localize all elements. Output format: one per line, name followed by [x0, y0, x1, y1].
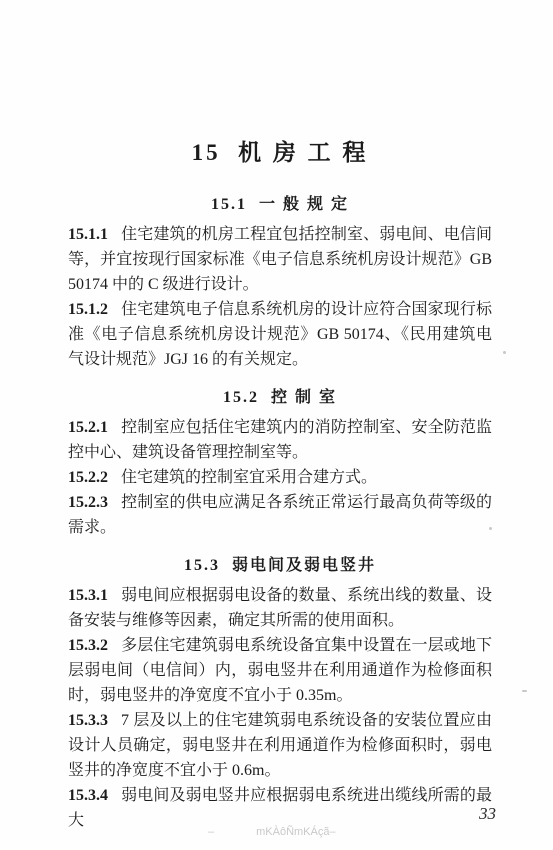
clause-15-1-2: 15.1.2住宅建筑电子信息系统机房的设计应符合国家现行标准《电子信息系统机房设…	[68, 297, 492, 372]
clause-text: 住宅建筑的控制室宜采用合建方式。	[121, 469, 377, 486]
clause-15-3-3: 15.3.37 层及以上的住宅建筑弱电系统设备的安装位置应由设计人员确定，弱电竖…	[68, 708, 492, 783]
page-content: 15 机 房 工 程 15.1 一 般 规 定 15.1.1住宅建筑的机房工程宜…	[0, 0, 553, 833]
chapter-title: 15 机 房 工 程	[68, 134, 492, 167]
clause-text: 住宅建筑的机房工程宜包括控制室、弱电间、电信间等，并宜按现行国家标准《电子信息系…	[68, 226, 492, 293]
clause-number: 15.3.1	[68, 587, 108, 604]
section-heading-15-2: 15.2 控 制 室	[68, 384, 492, 407]
scan-speck	[489, 527, 492, 530]
clause-number: 15.1.2	[68, 301, 108, 318]
clause-text: 控制室应包括住宅建筑内的消防控制室、安全防范监控中心、建筑设备管理控制室等。	[68, 419, 492, 461]
clause-15-3-2: 15.3.2多层住宅建筑弱电系统设备宜集中设置在一层或地下层弱电间（电信间）内，…	[68, 633, 492, 708]
section-heading-15-3: 15.3 弱电间及弱电竖井	[68, 552, 492, 575]
page-number: 33	[479, 804, 496, 824]
clause-number: 15.2.1	[68, 419, 108, 436]
clause-number: 15.3.4	[68, 787, 108, 804]
section-heading-15-1: 15.1 一 般 规 定	[68, 191, 492, 214]
clause-15-2-2: 15.2.2住宅建筑的控制室宜采用合建方式。	[68, 465, 492, 490]
clause-number: 15.3.3	[68, 712, 108, 729]
clause-text: 住宅建筑电子信息系统机房的设计应符合国家现行标准《电子信息系统机房设计规范》GB…	[68, 301, 492, 368]
clause-number: 15.2.3	[68, 494, 108, 511]
clause-text: 7 层及以上的住宅建筑弱电系统设备的安装位置应由设计人员确定，弱电竖井在利用通道…	[68, 712, 492, 779]
clause-text: 控制室的供电应满足各系统正常运行最高负荷等级的需求。	[68, 494, 492, 536]
watermark-text: mKÀôÑmKÁçã–	[256, 826, 335, 838]
scanned-page: 15 机 房 工 程 15.1 一 般 规 定 15.1.1住宅建筑的机房工程宜…	[0, 0, 553, 850]
clause-text: 弱电间及弱电竖井应根据弱电系统进出缆线所需的最大	[68, 787, 492, 829]
clause-15-3-1: 15.3.1弱电间应根据弱电设备的数量、系统出线的数量、设备安装与维修等因素，确…	[68, 583, 492, 633]
scan-speck	[522, 690, 527, 692]
clause-15-2-1: 15.2.1控制室应包括住宅建筑内的消防控制室、安全防范监控中心、建筑设备管理控…	[68, 415, 492, 465]
clause-text: 弱电间应根据弱电设备的数量、系统出线的数量、设备安装与维修等因素，确定其所需的使…	[68, 587, 492, 629]
clause-text: 多层住宅建筑弱电系统设备宜集中设置在一层或地下层弱电间（电信间）内，弱电竖井在利…	[68, 637, 492, 704]
clause-15-2-3: 15.2.3控制室的供电应满足各系统正常运行最高负荷等级的需求。	[68, 490, 492, 540]
clause-number: 15.1.1	[68, 226, 108, 243]
watermark: – mKÀôÑmKÁçã–	[208, 826, 336, 838]
clause-15-1-1: 15.1.1住宅建筑的机房工程宜包括控制室、弱电间、电信间等，并宜按现行国家标准…	[68, 222, 492, 297]
scan-speck	[503, 351, 506, 354]
clause-number: 15.3.2	[68, 637, 108, 654]
clause-number: 15.2.2	[68, 469, 108, 486]
watermark-dash: –	[208, 826, 214, 838]
